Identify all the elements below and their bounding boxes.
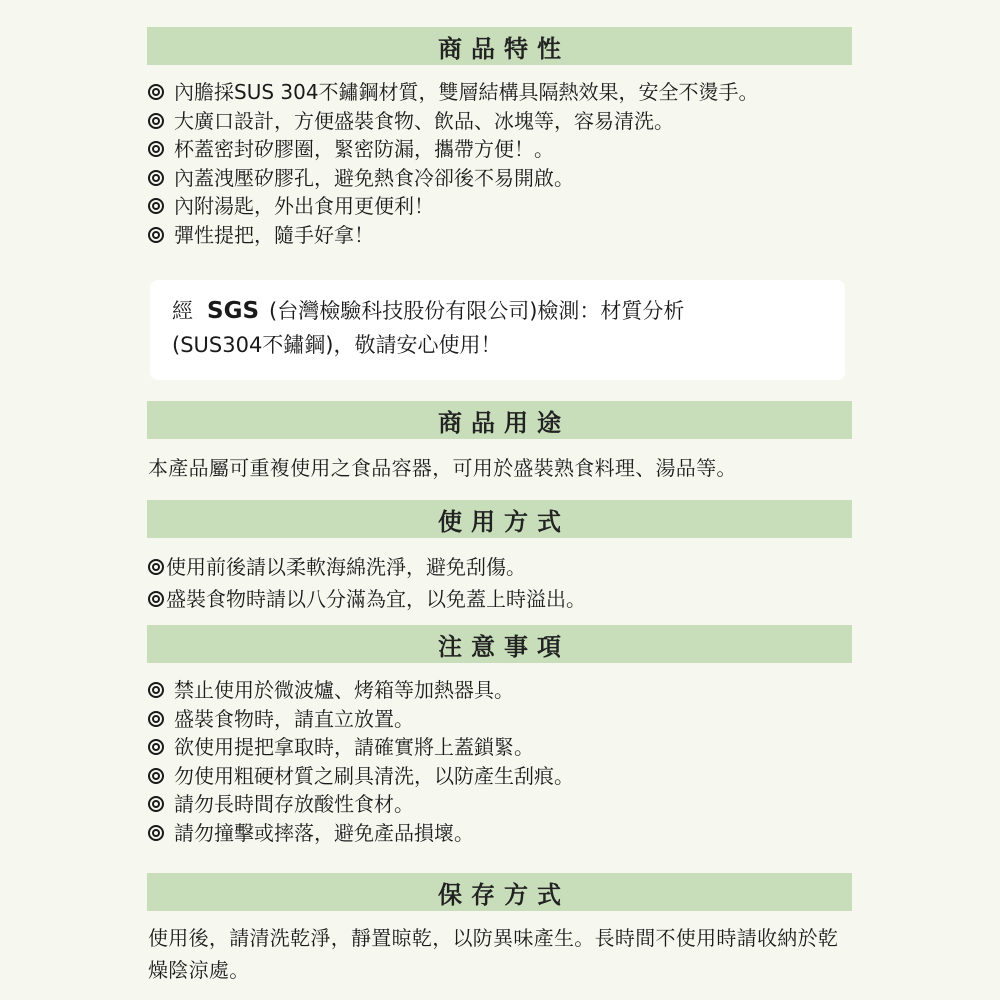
list-item: 內蓋洩壓矽膠孔，避免熱食冷卻後不易開啟。 (148, 164, 759, 193)
double-circle-bullet-icon (148, 711, 164, 727)
list-item: 彈性提把，隨手好拿！ (148, 221, 759, 250)
double-circle-bullet-icon (148, 170, 164, 186)
features-list: 內膽採SUS 304不鏽鋼材質，雙層結構具隔熱效果，安全不燙手。 大廣口設計，方… (148, 78, 759, 249)
features-header-band: 商品特性 (147, 27, 852, 65)
how-to-use-list: 使用前後請以柔軟海綿洗淨，避免刮傷。 盛裝食物時請以八分滿為宜，以免蓋上時溢出。 (148, 551, 586, 615)
list-item: 欲使用提把拿取時，請確實將上蓋鎖緊。 (148, 733, 574, 762)
cautions-title: 注意事項 (429, 627, 570, 662)
double-circle-bullet-icon (148, 113, 164, 129)
list-item: 內附湯匙，外出食用更便利！ (148, 192, 759, 221)
list-item: 請勿長時間存放酸性食材。 (148, 790, 574, 819)
list-item: 勿使用粗硬材質之刷具清洗，以防產生刮痕。 (148, 762, 574, 791)
list-item: 請勿撞擊或摔落，避免產品損壞。 (148, 819, 574, 848)
double-circle-bullet-icon (148, 198, 164, 214)
sgs-brand: SGS (207, 298, 259, 324)
double-circle-bullet-icon (148, 591, 164, 607)
how-to-use-header-band: 使用方式 (147, 500, 852, 538)
features-title: 商品特性 (429, 29, 570, 64)
double-circle-bullet-icon (148, 825, 164, 841)
certification-line-1: 經SGS(台灣檢驗科技股份有限公司)檢測：材質分析 (172, 294, 825, 328)
usage-purpose-title: 商品用途 (429, 403, 570, 438)
double-circle-bullet-icon (148, 559, 164, 575)
list-item: 使用前後請以柔軟海綿洗淨，避免刮傷。 (148, 551, 586, 583)
double-circle-bullet-icon (148, 227, 164, 243)
list-item: 內膽採SUS 304不鏽鋼材質，雙層結構具隔熱效果，安全不燙手。 (148, 78, 759, 107)
double-circle-bullet-icon (148, 768, 164, 784)
double-circle-bullet-icon (148, 682, 164, 698)
double-circle-bullet-icon (148, 141, 164, 157)
storage-text: 使用後，請清洗乾淨，靜置晾乾，以防異味產生。長時間不使用時請收納於乾燥陰涼處。 (148, 922, 854, 986)
usage-purpose-text: 本產品屬可重複使用之食品容器，可用於盛裝熟食料理、湯品等。 (148, 452, 858, 484)
list-item: 大廣口設計，方便盛裝食物、飲品、冰塊等，容易清洗。 (148, 107, 759, 136)
sgs-certification-card: 經SGS(台灣檢驗科技股份有限公司)檢測：材質分析 (SUS304不鏽鋼)，敬請… (150, 280, 845, 380)
list-item: 禁止使用於微波爐、烤箱等加熱器具。 (148, 676, 574, 705)
double-circle-bullet-icon (148, 84, 164, 100)
list-item: 盛裝食物時，請直立放置。 (148, 705, 574, 734)
certification-line-2: (SUS304不鏽鋼)，敬請安心使用！ (172, 328, 825, 362)
storage-header-band: 保存方式 (147, 873, 852, 911)
storage-title: 保存方式 (429, 875, 570, 910)
double-circle-bullet-icon (148, 796, 164, 812)
cautions-header-band: 注意事項 (147, 625, 852, 663)
list-item: 杯蓋密封矽膠圈，緊密防漏，攜帶方便！。 (148, 135, 759, 164)
how-to-use-title: 使用方式 (429, 502, 570, 537)
double-circle-bullet-icon (148, 739, 164, 755)
list-item: 盛裝食物時請以八分滿為宜，以免蓋上時溢出。 (148, 583, 586, 615)
cautions-list: 禁止使用於微波爐、烤箱等加熱器具。 盛裝食物時，請直立放置。 欲使用提把拿取時，… (148, 676, 574, 847)
usage-purpose-header-band: 商品用途 (147, 401, 852, 439)
